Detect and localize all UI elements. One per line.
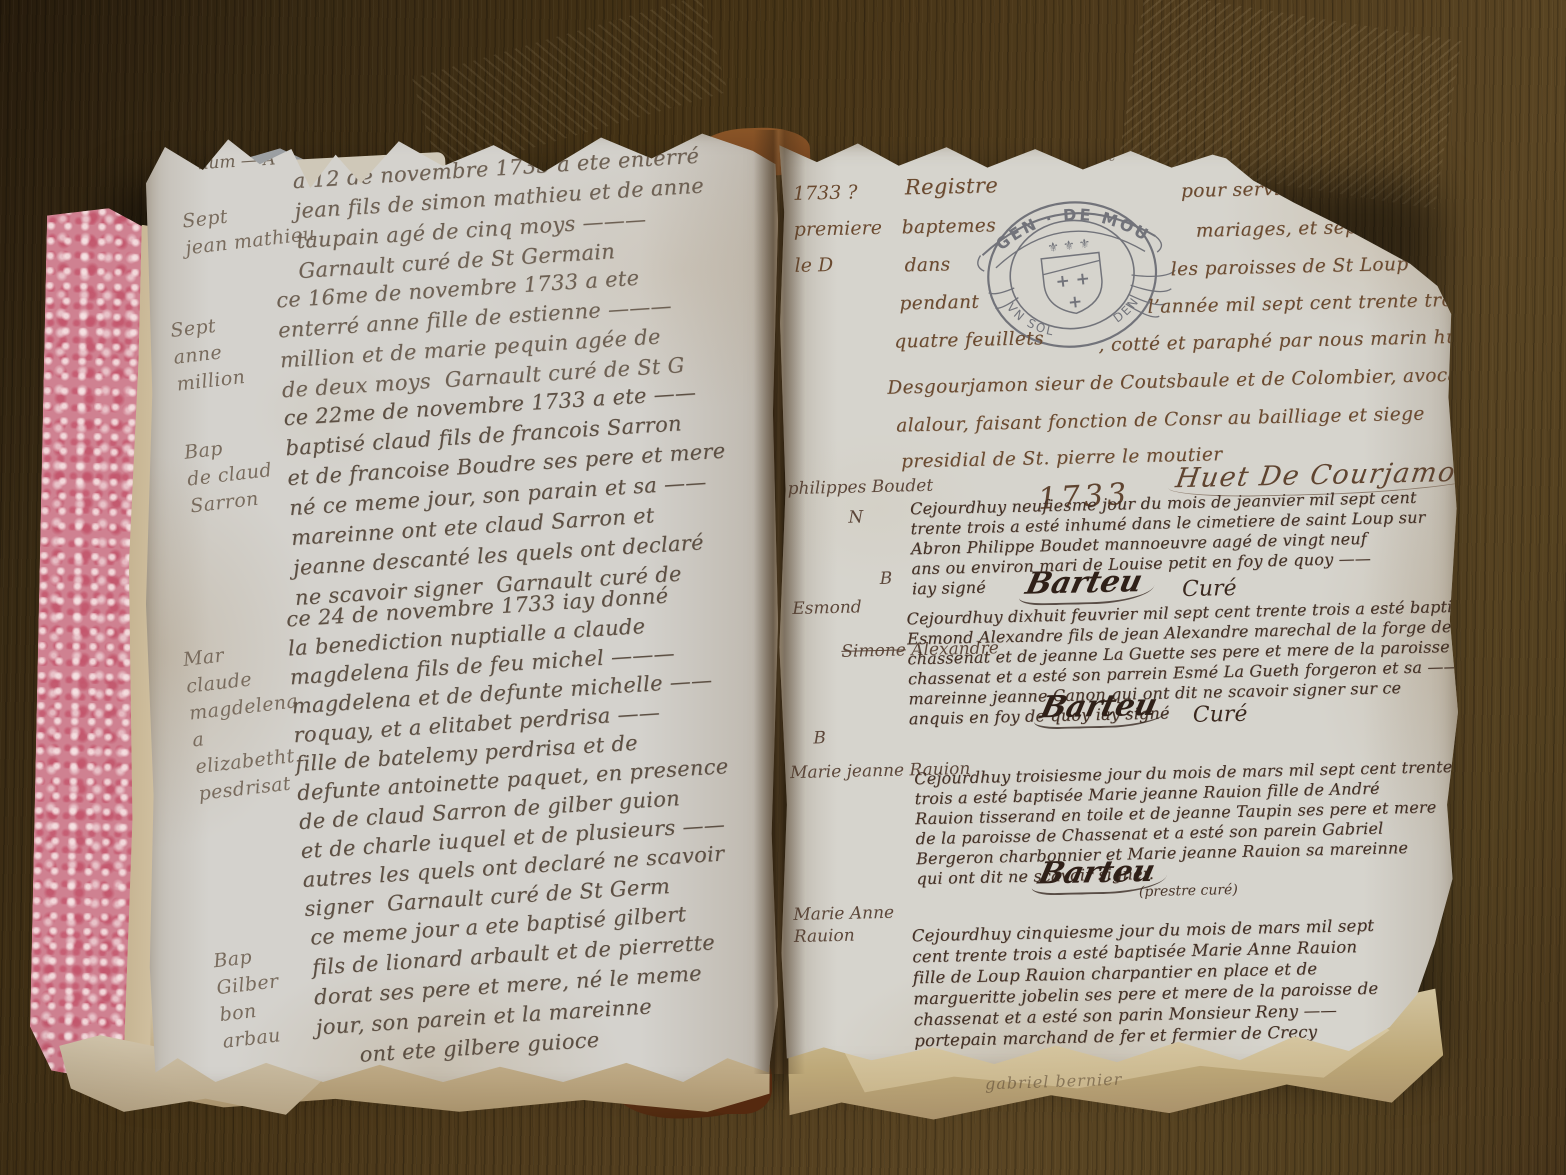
margin-note-esmond: Esmond [792,596,862,620]
margin-note-philippe-boudet: philippes Boudet [787,475,933,500]
stamp-cross-lower: + [1067,292,1083,313]
photo-scene: gabriel bernier num — A t Sept jean math… [0,0,1566,1175]
entry-baptism-claud-sarron: ce 22me de novembre 1733 a ete —— baptis… [283,376,734,613]
header-line3: les paroisses de St Loup et Chassenat [1171,251,1542,280]
header-line4: l’année mil sept cent trente trois Conte… [1147,287,1566,318]
entry-baptism-gilbert-arbault: ce meme jour a ete baptisé gilbert fils … [309,897,721,1072]
header-word-dans: dans [904,254,950,276]
left-page: num — A t Sept jean mathieu a 12 de nove… [146,126,778,1082]
margin-struck-simone: Simone [841,640,906,661]
signature-note-prestre-cure: (prestre curé) [1139,882,1238,900]
margin-note-baptism-gilbert-arbault: Bap Gilber bon arbau [212,941,286,1055]
entry-baptism-esmond-alexandre: Cejourdhuy dixhuit feuvrier mil sept cen… [906,597,1476,730]
entry-burial-philippe-boudet: Cejourdhuy neufiesme jour du mois de jea… [910,488,1427,600]
header-line6: Desgourjamon sieur de Coutsbaule et de C… [887,365,1467,399]
left-page-content: num — A t Sept jean mathieu a 12 de nove… [137,92,828,1086]
header-line7: alalour, faisant fonction de Consr au ba… [896,404,1425,437]
header-word-pendant: pendant [899,292,979,315]
header-word-baptemes: baptemes [902,215,997,238]
stamp-fleurs-de-lis: ⚜ ⚜ ⚜ [1047,236,1092,256]
header-word-quatre-feuillets: quatre feuillets [894,328,1044,352]
margin-note-marie-anne-rauion: Marie Anne Rauion [793,902,895,948]
margin-b-entry3: B [813,727,826,749]
left-cross-mark: t [481,116,490,137]
margin-b-entry2: B [879,568,892,590]
entry-marriage-magdelena-perdrisat: ce 24 de novembre 1733 iay donné la bene… [285,578,736,923]
signature-title-entry1: Curé [1182,576,1237,602]
entry-baptism-marie-jeanne-rauion: Cejourdhuy troisiesme jour du mois de ma… [914,757,1455,889]
signature-cure-entry1: Barteu [1018,564,1160,606]
signature-title-entry2: Curé [1193,702,1248,728]
margin-note-burial-anne-million: Sept anne million [169,310,247,398]
right-corner-note: 1733 ? premiere le D [793,174,884,284]
right-page-content: 1733 ? premiere le D t [774,125,1477,1066]
margin-note-philippe-boudet-n: N [848,506,863,528]
entry-baptism-marie-anne-rauion: Cejourdhuy cinquiesme jour du mois de ma… [912,915,1380,1052]
margin-note-baptism-claud-sarron: Bap de claud Sarron [183,430,277,520]
header-word-registre: Registre [905,173,999,199]
stamp-crosses-middle: + + [1055,269,1091,293]
right-page: 1733 ? premiere le D t [776,138,1458,1064]
